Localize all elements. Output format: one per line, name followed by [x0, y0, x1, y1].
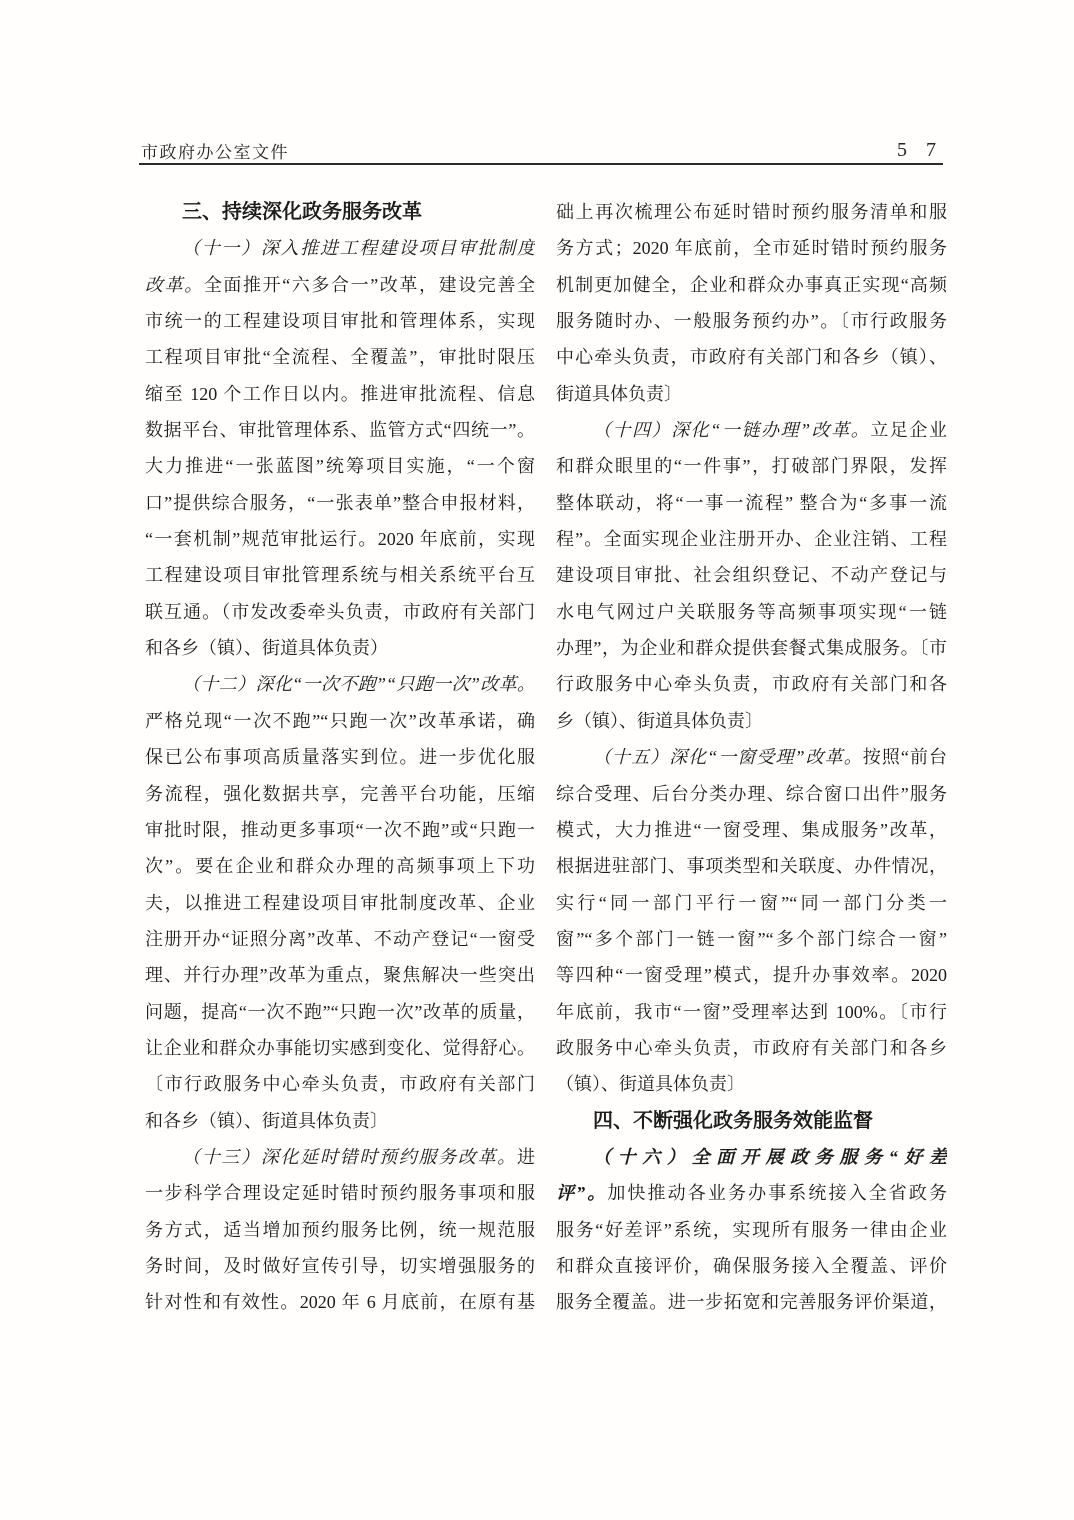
- text-run: 数据平台、审批管理体系、监管方式“四统一”。: [145, 420, 535, 440]
- text-line: 严格兑现“一次不跑”“只跑一次”改革承诺，确: [145, 703, 535, 739]
- text-run: 针对性和有效性。2020 年 6 月底前，在原有基: [145, 1292, 535, 1312]
- text-run: 础上再次梳理公布延时错时预约服务清单和服: [556, 202, 947, 222]
- text-line: 审批时限，推动更多事项“一次不跑”或“只跑一: [145, 812, 535, 848]
- text-line: 保已公布事项高质量落实到位。进一步优化服: [145, 739, 535, 775]
- text-run: 工程项目审批“全流程、全覆盖”，审批时限压: [145, 347, 535, 367]
- text-line: （十一）深入推进工程建设项目审批制度: [145, 230, 535, 266]
- text-run: 办理”，为企业和群众提供套餐式集成服务。〔市: [556, 638, 947, 658]
- text-run: 保已公布事项高质量落实到位。进一步优化服: [145, 747, 535, 767]
- text-run: 模式，大力推进“一窗受理、集成服务”改革，: [556, 820, 947, 840]
- text-line: 服务“好差评”系统，实现所有服务一律由企业: [556, 1212, 947, 1248]
- text-run: 服务随时办、一般服务预约办”。〔市行政服务: [556, 311, 947, 331]
- document-page: 市政府办公室文件 5 7 三、持续深化政务服务改革（十一）深入推进工程建设项目审…: [0, 0, 1074, 1520]
- text-run: 根据进驻部门、事项类型和关联度、办件情况，: [556, 856, 947, 876]
- text-line: （十六）全面开展政务服务“好差: [556, 1139, 947, 1175]
- text-run: 务流程，强化数据共享，完善平台功能，压缩: [145, 784, 535, 804]
- header-rule: [139, 163, 943, 165]
- text-run: 严格兑现“一次不跑”“只跑一次”改革承诺，确: [145, 711, 535, 731]
- text-run: 窗”“多个部门一链一窗”“多个部门综合一窗”: [556, 929, 947, 949]
- text-line: 窗”“多个部门一链一窗”“多个部门综合一窗”: [556, 921, 947, 957]
- text-line: 和群众直接评价，确保服务接入全覆盖、评价: [556, 1248, 947, 1284]
- text-line: 服务全覆盖。进一步拓宽和完善服务评价渠道，: [556, 1284, 947, 1320]
- text-run: 街道具体负责〕: [556, 384, 682, 404]
- text-line: 〔市行政服务中心牵头负责，市政府有关部门: [145, 1066, 535, 1102]
- text-line: 让企业和群众办事能切实感到变化、觉得舒心。: [145, 1030, 535, 1066]
- heading-text-run: 四、不断强化政务服务效能监督: [593, 1110, 873, 1132]
- text-line: 针对性和有效性。2020 年 6 月底前，在原有基: [145, 1284, 535, 1320]
- text-line: 根据进驻部门、事项类型和关联度、办件情况，: [556, 848, 947, 884]
- text-run: 改革。: [145, 275, 204, 295]
- text-run: 建设项目审批、社会组织登记、不动产登记与: [556, 565, 947, 585]
- text-run: 和各乡（镇）、街道具体负责）: [145, 638, 388, 658]
- text-line: 实行“同一部门平行一窗”“同一部门分类一: [556, 885, 947, 921]
- section-heading: 四、不断强化政务服务效能监督: [556, 1103, 947, 1139]
- text-line: 大力推进“一张蓝图”统筹项目实施，“一个窗: [145, 448, 535, 484]
- text-run: 程”。全面实现企业注册开办、企业注销、工程: [556, 529, 947, 549]
- text-line: 政服务中心牵头负责，市政府有关部门和各乡: [556, 1030, 947, 1066]
- text-run: 乡（镇）、街道具体负责〕: [556, 711, 763, 731]
- text-run: （镇）、街道具体负责〕: [556, 1074, 745, 1094]
- text-run: 全面推开“六多合一”改革，建设完善全: [204, 275, 535, 295]
- text-line: 行政服务中心牵头负责，市政府有关部门和各: [556, 666, 947, 702]
- text-run: （十六）全面开展政务服务“好差: [593, 1147, 947, 1167]
- text-line: 和各乡（镇）、街道具体负责）: [145, 630, 535, 666]
- text-run: （十二）深化“一次不跑”“只跑一次”改革。: [182, 674, 535, 694]
- text-line: 务流程，强化数据共享，完善平台功能，压缩: [145, 776, 535, 812]
- text-run: 审批时限，推动更多事项“一次不跑”或“只跑一: [145, 820, 535, 840]
- text-line: “一套机制”规范审批运行。2020 年底前，实现: [145, 521, 535, 557]
- text-line: （十五）深化“一窗受理”改革。按照“前台: [556, 739, 947, 775]
- text-run: 年底前，我市“一窗”受理率达到 100%。〔市行: [556, 1002, 947, 1022]
- header-doc-label: 市政府办公室文件: [141, 138, 289, 163]
- text-line: （镇）、街道具体负责〕: [556, 1066, 947, 1102]
- text-run: 注册开办“证照分离”改革、不动产登记“一窗受: [145, 929, 535, 949]
- text-line: 年底前，我市“一窗”受理率达到 100%。〔市行: [556, 994, 947, 1030]
- text-run: 和群众直接评价，确保服务接入全覆盖、评价: [556, 1256, 947, 1276]
- text-line: 夫，以推进工程建设项目审批制度改革、企业: [145, 885, 535, 921]
- text-run: 务方式；2020 年底前，全市延时错时预约服务: [556, 238, 947, 258]
- text-run: 服务“好差评”系统，实现所有服务一律由企业: [556, 1220, 947, 1240]
- text-run: 评”。: [556, 1183, 607, 1203]
- text-line: 程”。全面实现企业注册开办、企业注销、工程: [556, 521, 947, 557]
- text-line: 市统一的工程建设项目审批和管理体系，实现: [145, 303, 535, 339]
- text-line: 水电气网过户关联服务等高频事项实现“一链: [556, 594, 947, 630]
- text-run: 行政服务中心牵头负责，市政府有关部门和各: [556, 674, 947, 694]
- text-line: 口”提供综合服务，“一张表单”整合申报材料，: [145, 485, 535, 521]
- text-line: 工程建设项目审批管理系统与相关系统平台互: [145, 557, 535, 593]
- text-run: 问题，提高“一次不跑”“只跑一次”改革的质量，: [145, 1002, 535, 1022]
- text-line: 模式，大力推进“一窗受理、集成服务”改革，: [556, 812, 947, 848]
- text-run: 等四种“一窗受理”模式，提升办事效率。2020: [556, 965, 947, 985]
- text-run: 联互通。（市发改委牵头负责，市政府有关部门: [145, 602, 535, 622]
- text-run: （十五）深化“一窗受理”改革。: [593, 747, 863, 767]
- text-run: 实行“同一部门平行一窗”“同一部门分类一: [556, 893, 947, 913]
- text-line: 和群众眼里的“一件事”，打破部门界限，发挥: [556, 448, 947, 484]
- text-run: 和各乡（镇）、街道具体负责〕: [145, 1111, 388, 1131]
- text-line: 缩至 120 个工作日以内。推进审批流程、信息: [145, 376, 535, 412]
- text-run: 缩至 120 个工作日以内。推进审批流程、信息: [145, 384, 535, 404]
- text-run: 进: [517, 1147, 535, 1167]
- text-line: （十四）深化“一链办理”改革。立足企业: [556, 412, 947, 448]
- text-line: 街道具体负责〕: [556, 376, 947, 412]
- text-run: 口”提供综合服务，“一张表单”整合申报材料，: [145, 493, 535, 513]
- text-run: 服务全覆盖。进一步拓宽和完善服务评价渠道，: [556, 1292, 947, 1312]
- text-run: 务时间，及时做好宣传引导，切实增强服务的: [145, 1256, 535, 1276]
- text-run: 理、并行办理”改革为重点，聚焦解决一些突出: [145, 965, 535, 985]
- text-run: 综合受理、后台分类办理、综合窗口出件”服务: [556, 784, 947, 804]
- text-line: （十二）深化“一次不跑”“只跑一次”改革。: [145, 666, 535, 702]
- text-line: 联互通。（市发改委牵头负责，市政府有关部门: [145, 594, 535, 630]
- text-line: 等四种“一窗受理”模式，提升办事效率。2020: [556, 957, 947, 993]
- text-run: 整体联动，将“一事一流程” 整合为“多事一流: [556, 493, 947, 513]
- text-run: （十三）深化延时错时预约服务改革。: [182, 1147, 517, 1167]
- text-run: 中心牵头负责，市政府有关部门和各乡（镇）、: [556, 347, 947, 367]
- text-line: 问题，提高“一次不跑”“只跑一次”改革的质量，: [145, 994, 535, 1030]
- section-heading: 三、持续深化政务服务改革: [145, 194, 535, 230]
- text-line: 改革。全面推开“六多合一”改革，建设完善全: [145, 267, 535, 303]
- text-run: 市统一的工程建设项目审批和管理体系，实现: [145, 311, 535, 331]
- text-run: 让企业和群众办事能切实感到变化、觉得舒心。: [145, 1038, 535, 1058]
- text-line: 一步科学合理设定延时错时预约服务事项和服: [145, 1175, 535, 1211]
- text-run: 按照“前台: [863, 747, 947, 767]
- text-line: 务方式；2020 年底前，全市延时错时预约服务: [556, 230, 947, 266]
- text-line: 建设项目审批、社会组织登记、不动产登记与: [556, 557, 947, 593]
- text-run: 大力推进“一张蓝图”统筹项目实施，“一个窗: [145, 456, 535, 476]
- text-run: 〔市行政服务中心牵头负责，市政府有关部门: [145, 1074, 535, 1094]
- text-line: 工程项目审批“全流程、全覆盖”，审批时限压: [145, 339, 535, 375]
- text-run: 和群众眼里的“一件事”，打破部门界限，发挥: [556, 456, 947, 476]
- text-line: 务方式，适当增加预约服务比例，统一规范服: [145, 1212, 535, 1248]
- text-line: 数据平台、审批管理体系、监管方式“四统一”。: [145, 412, 535, 448]
- text-run: 加快推动各业务办事系统接入全省政务: [607, 1183, 947, 1203]
- text-line: 注册开办“证照分离”改革、不动产登记“一窗受: [145, 921, 535, 957]
- text-run: 立足企业: [870, 420, 947, 440]
- text-run: 工程建设项目审批管理系统与相关系统平台互: [145, 565, 535, 585]
- text-run: 机制更加健全，企业和群众办事真正实现“高频: [556, 275, 947, 295]
- text-run: 夫，以推进工程建设项目审批制度改革、企业: [145, 893, 535, 913]
- text-run: 次”。要在企业和群众办理的高频事项上下功: [145, 856, 535, 876]
- text-line: 中心牵头负责，市政府有关部门和各乡（镇）、: [556, 339, 947, 375]
- text-line: 和各乡（镇）、街道具体负责〕: [145, 1103, 535, 1139]
- text-line: 评”。加快推动各业务办事系统接入全省政务: [556, 1175, 947, 1211]
- text-column-left: 三、持续深化政务服务改革（十一）深入推进工程建设项目审批制度改革。全面推开“六多…: [145, 194, 535, 1321]
- text-line: 服务随时办、一般服务预约办”。〔市行政服务: [556, 303, 947, 339]
- page-number: 5 7: [897, 139, 943, 162]
- text-line: 办理”，为企业和群众提供套餐式集成服务。〔市: [556, 630, 947, 666]
- text-line: 理、并行办理”改革为重点，聚焦解决一些突出: [145, 957, 535, 993]
- text-column-right: 础上再次梳理公布延时错时预约服务清单和服务方式；2020 年底前，全市延时错时预…: [556, 194, 947, 1321]
- text-line: 次”。要在企业和群众办理的高频事项上下功: [145, 848, 535, 884]
- text-line: 础上再次梳理公布延时错时预约服务清单和服: [556, 194, 947, 230]
- text-run: 政服务中心牵头负责，市政府有关部门和各乡: [556, 1038, 947, 1058]
- text-run: “一套机制”规范审批运行。2020 年底前，实现: [145, 529, 535, 549]
- text-line: （十三）深化延时错时预约服务改革。进: [145, 1139, 535, 1175]
- text-line: 整体联动，将“一事一流程” 整合为“多事一流: [556, 485, 947, 521]
- heading-text-run: 三、持续深化政务服务改革: [182, 201, 422, 223]
- text-run: 水电气网过户关联服务等高频事项实现“一链: [556, 602, 947, 622]
- text-run: （十一）深入推进工程建设项目审批制度: [182, 238, 535, 258]
- text-run: （十四）深化“一链办理”改革。: [593, 420, 870, 440]
- text-line: 务时间，及时做好宣传引导，切实增强服务的: [145, 1248, 535, 1284]
- text-line: 机制更加健全，企业和群众办事真正实现“高频: [556, 267, 947, 303]
- text-line: 乡（镇）、街道具体负责〕: [556, 703, 947, 739]
- text-run: 务方式，适当增加预约服务比例，统一规范服: [145, 1220, 535, 1240]
- text-run: 一步科学合理设定延时错时预约服务事项和服: [145, 1183, 535, 1203]
- text-line: 综合受理、后台分类办理、综合窗口出件”服务: [556, 776, 947, 812]
